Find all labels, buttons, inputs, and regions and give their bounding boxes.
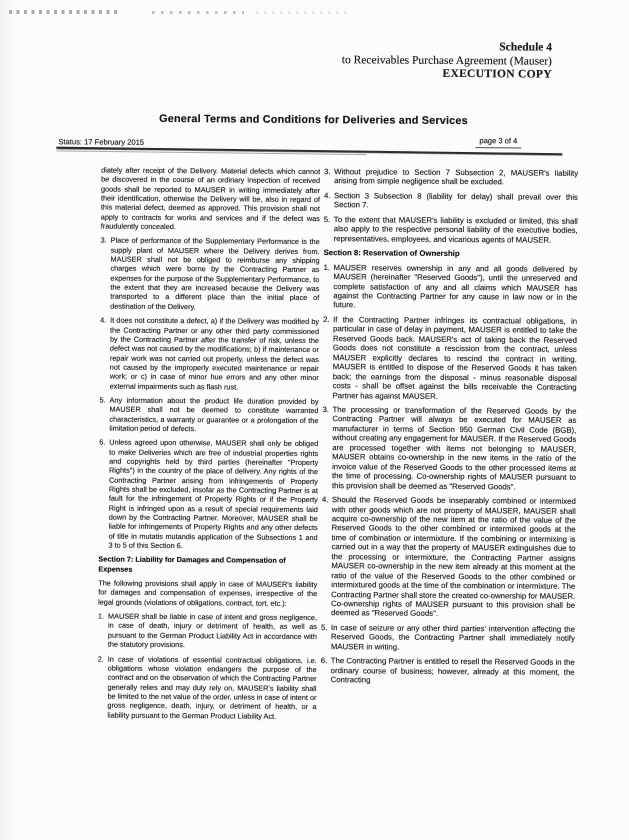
right-column: 3.Without prejudice to Section 7 Subsect… xyxy=(321,167,579,691)
clause-number: 5. xyxy=(99,395,109,432)
numbered-clause: 1.MAUSER shall be liable in case of inte… xyxy=(98,612,317,651)
clause-text: In case of violations of essential contr… xyxy=(107,654,316,721)
numbered-clause: 3.Without prejudice to Section 7 Subsect… xyxy=(324,167,578,188)
numbered-clause: 4.Section 3 Subsection 8 (liability for … xyxy=(324,191,578,212)
clause-text: Should the Reserved Goods be inseparably… xyxy=(331,495,576,620)
clause-number: 4. xyxy=(100,316,111,391)
clause-text: In case of seizure or any other third pa… xyxy=(331,623,575,653)
numbered-clause: 2.In case of violations of essential con… xyxy=(97,654,316,721)
clause-text: Place of performance of the Supplementar… xyxy=(110,236,320,312)
clause-text: MAUSER shall be liable in case of intent… xyxy=(108,612,317,651)
left-column: diately after receipt of the Delivery. M… xyxy=(97,166,320,726)
clause-number: 3. xyxy=(322,405,333,490)
clause-text: Without prejudice to Section 7 Subsectio… xyxy=(334,167,578,188)
clause-text: Any information about the product life d… xyxy=(109,395,318,434)
clause-text: The Contracting Partner is entitled to r… xyxy=(331,656,575,686)
numbered-clause: 3.Place of performance of the Supplement… xyxy=(100,236,320,312)
execution-copy-label: EXECUTION COPY xyxy=(342,67,552,82)
numbered-clause: 6.Unless agreed upon otherwise, MAUSER s… xyxy=(99,438,319,552)
clause-number: 1. xyxy=(98,612,108,649)
section-heading: Section 7: Liability for Damages and Com… xyxy=(98,555,317,575)
numbered-clause: 4.Should the Reserved Goods be inseparab… xyxy=(321,495,576,620)
clause-number: 3. xyxy=(324,167,334,186)
numbered-clause: 4.It does not constitute a defect, a) if… xyxy=(100,316,320,392)
numbered-clause: 6.The Contracting Partner is entitled to… xyxy=(321,656,575,686)
clause-number: 6. xyxy=(321,656,331,684)
section-heading: Section 8: Reservation of Ownership xyxy=(324,248,578,259)
document-header: Schedule 4 to Receivables Purchase Agree… xyxy=(342,40,552,82)
continuation-paragraph: diately after receipt of the Delivery. M… xyxy=(101,166,320,233)
clause-number: 3. xyxy=(100,236,111,311)
clause-number: 2. xyxy=(97,654,107,719)
clause-text: To the extent that MAUSER's liability is… xyxy=(334,215,578,245)
document-sheet: Schedule 4 to Receivables Purchase Agree… xyxy=(0,0,629,840)
clause-text: If the Contracting Partner infringes its… xyxy=(333,315,578,402)
clause-text: MAUSER reserves ownership in any and all… xyxy=(333,263,577,312)
numbered-clause: 2.If the Contracting Partner infringes i… xyxy=(323,315,578,402)
clause-number: 1. xyxy=(323,263,333,310)
page-title: General Terms and Conditions for Deliver… xyxy=(1,112,625,128)
clause-text: Section 3 Subsection 8 (liability for de… xyxy=(334,191,578,212)
clause-number: 4. xyxy=(324,191,334,210)
numbered-clause: 5.Any information about the product life… xyxy=(99,395,318,434)
agreement-label: to Receivables Purchase Agreement (Mause… xyxy=(342,54,552,69)
clause-number: 5. xyxy=(321,623,331,651)
clause-number: 5. xyxy=(324,215,334,243)
clause-text: It does not constitute a defect, a) if t… xyxy=(110,316,320,392)
numbered-clause: 5.In case of seizure or any other third … xyxy=(321,623,575,653)
numbered-clause: 5.To the extent that MAUSER's liability … xyxy=(324,215,578,245)
clause-number: 2. xyxy=(323,315,334,400)
paragraph: The following provisions shall apply in … xyxy=(98,579,317,609)
clause-text: Unless agreed upon otherwise, MAUSER sha… xyxy=(109,438,319,552)
clause-text: The processing or transformation of the … xyxy=(332,405,577,492)
page-number: page 3 of 4 xyxy=(475,136,521,148)
schedule-label: Schedule 4 xyxy=(342,40,552,55)
numbered-clause: 3.The processing or transformation of th… xyxy=(322,405,577,492)
numbered-clause: 1.MAUSER reserves ownership in any and a… xyxy=(323,263,577,312)
scanned-document-page: Schedule 4 to Receivables Purchase Agree… xyxy=(0,0,629,840)
